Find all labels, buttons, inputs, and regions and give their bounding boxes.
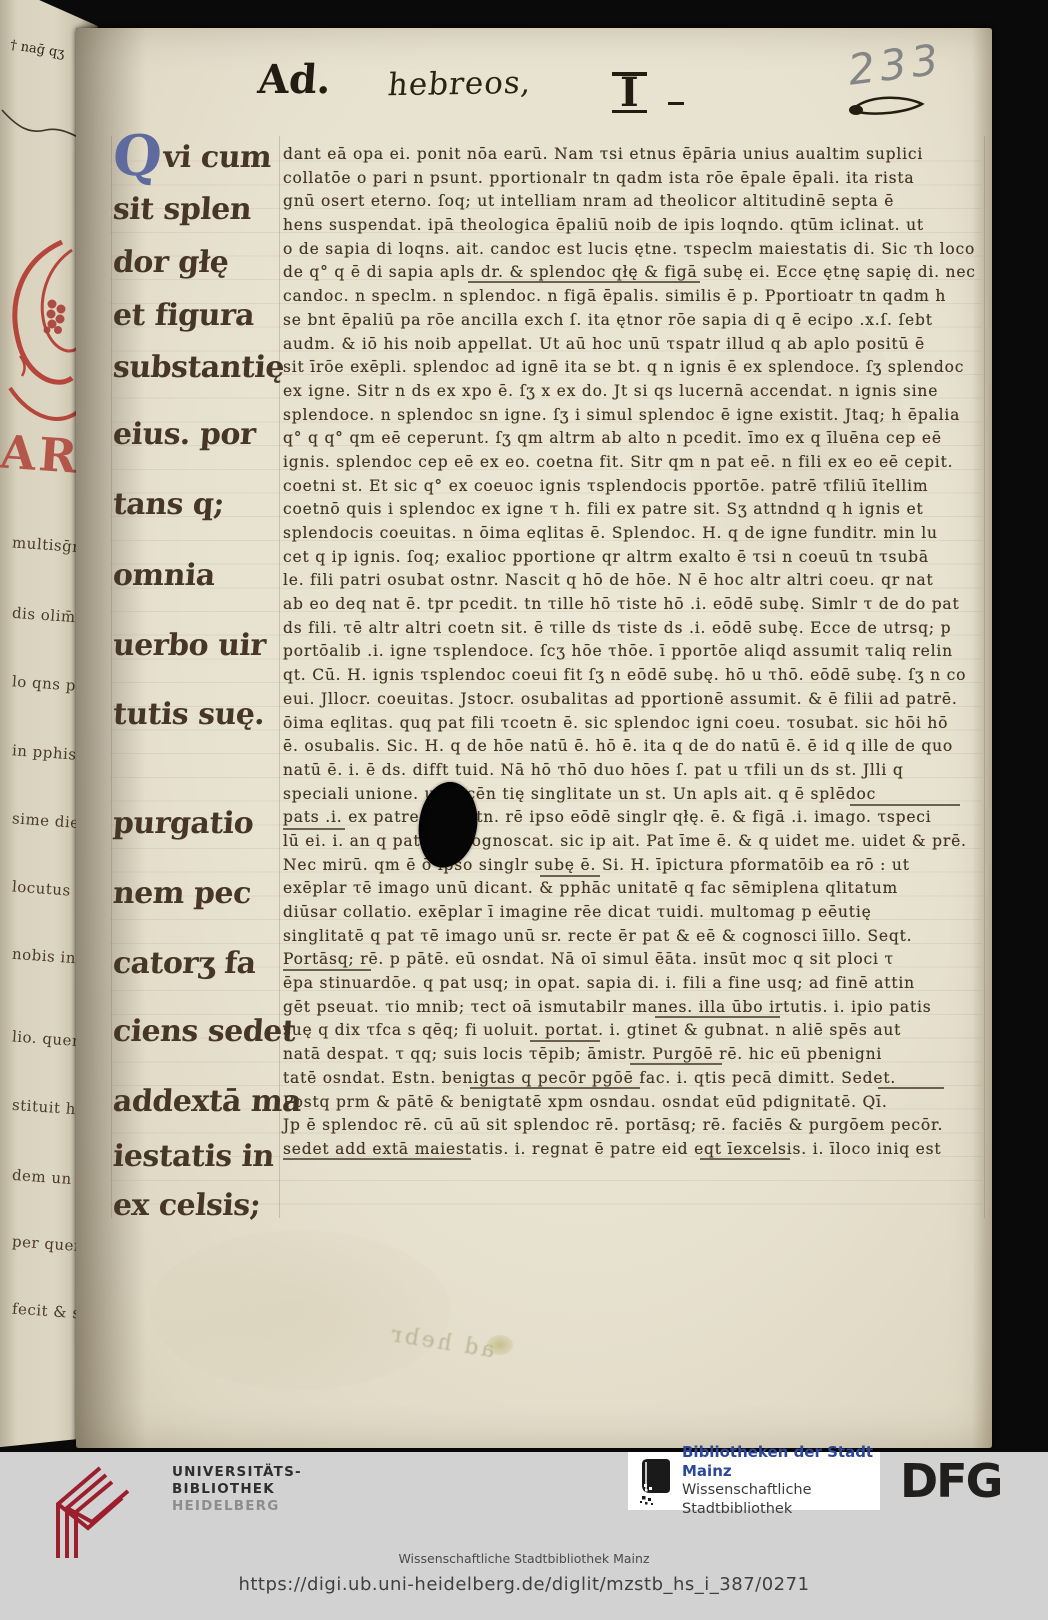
ub-line2: BIBLIOTHEK	[172, 1481, 302, 1498]
underline-mark	[470, 1087, 640, 1089]
lemma-word-rest: vi cum	[162, 140, 273, 175]
scanned-manuscript-view: † naḡ qʒ ARI multisḡmdis olim̄lo qns pat…	[0, 0, 1048, 1620]
gloss-line: lū ei. i. an q pat & ē cognoscat. sic ip…	[283, 830, 988, 854]
mainz-library-logo: Bibliotheken der Stadt Mainz Wissenschaf…	[628, 1452, 880, 1510]
gloss-line: candoc. n speclm. n splendoc. n figā ēpa…	[283, 285, 988, 309]
gloss-line: q° q q° qm eē ceperunt. ſʒ qm altrm ab a…	[283, 427, 988, 451]
ink-flourish	[848, 92, 928, 124]
gloss-line: suę q dix τfca s qēq; fi uoluit. portat.…	[283, 1019, 988, 1043]
margin-fragment: locutus e	[11, 877, 85, 900]
underline-mark	[655, 1016, 780, 1018]
gloss-line: dant eā opa ei. ponit nōa earū. Nam τsi …	[283, 143, 988, 167]
gloss-line: natū ē. i. ē ds. difft tuid. Nā hō τhō d…	[283, 759, 988, 783]
gloss-line: collatōe o pari n psunt. pportionalr tn …	[283, 167, 988, 191]
lemma-word: dor głę	[112, 245, 230, 280]
underline-mark	[700, 1158, 790, 1160]
lemma-word: ex celsis;	[112, 1188, 262, 1223]
gloss-line: Jp ē splendoc rē. cū aū sit splendoc rē.…	[283, 1114, 988, 1138]
lemma-word: substantię	[112, 350, 285, 385]
gloss-line: se bnt ēpaliū pa rōe ancilla exch ſ. ita…	[283, 309, 988, 333]
illuminated-initial-q: Q	[111, 123, 164, 189]
gloss-line: ex igne. Sitr n ds ex xpo ē. ſʒ x ex do.…	[283, 380, 988, 404]
gloss-line: o de sapia di loqns. ait. candoc est luc…	[283, 238, 988, 262]
gloss-line: qt. Cū. H. ignis τsplendoc coeui fit ſʒ …	[283, 664, 988, 688]
gloss-line: coetni st. Et sic q° ex coeuoc ignis τsp…	[283, 475, 988, 499]
gloss-line: gnū osert eterno. ſoq; ut intelliam nram…	[283, 190, 988, 214]
gloss-line: audm. & iō his noib appellat. Ut aū hoc …	[283, 333, 988, 357]
gloss-text-block: dant eā opa ei. ponit nōa earū. Nam τsi …	[283, 143, 988, 1162]
heading-hebreos: hebreos,	[386, 65, 533, 104]
mainz-logo-text: Bibliotheken der Stadt Mainz Wissenschaf…	[682, 1443, 880, 1519]
gloss-line: cet q ip ignis. ſoq; exalioc pportione q…	[283, 546, 988, 570]
gloss-line: ōima eqlitas. quq pat fili τcoetn ē. sic…	[283, 712, 988, 736]
gloss-line: ds fili. τē altr altri coetn sit. ē τill…	[283, 617, 988, 641]
gloss-line: eui. Jllocr. coeuitas. Jstocr. osubalita…	[283, 688, 988, 712]
gloss-line: Nec mirū. qm ē ō ipso singlr subę ē. Si.…	[283, 854, 988, 878]
vertical-rule-left	[111, 136, 112, 1218]
margin-fragment: fecit & s	[11, 1300, 81, 1323]
lemma-word: eius. por	[112, 417, 257, 452]
ink-blot	[487, 1335, 513, 1355]
underline-mark	[283, 969, 371, 971]
footer-caption: Wissenschaftliche Stadtbibliothek Mainz	[0, 1551, 1048, 1566]
gloss-line: gēt pseuat. τio mnib; τect oā ismutabilr…	[283, 996, 988, 1020]
ub-line3: HEIDELBERG	[172, 1498, 302, 1515]
lemma-word: uerbo uir	[112, 628, 267, 663]
gloss-line: ē. osubalis. Sic. H. q de hōe natū ē. hō…	[283, 735, 988, 759]
underline-mark	[468, 281, 700, 283]
gloss-line: Portāsq; rē. p pātē. eū osndat. Nā oī si…	[283, 948, 988, 972]
gloss-line: splendocis coeuitas. n ōima eqlitas ē. S…	[283, 522, 988, 546]
numeral-dash	[668, 102, 684, 105]
lemma-word: addextā ma	[112, 1084, 303, 1119]
gloss-line: ignis. splendoc cep eē ex eo. coetna fit…	[283, 451, 988, 475]
gloss-line: Postq prm & pātē & benigtatē xpm osndau.…	[283, 1091, 988, 1115]
gloss-line: pats .i. ex patre ei coetn. rē ipso eōdē…	[283, 806, 988, 830]
gloss-line: ēpa stinuardōe. q pat usq; in opat. sapi…	[283, 972, 988, 996]
lemma-word: tutis suę.	[112, 697, 266, 732]
underline-mark	[530, 1040, 600, 1042]
underline-mark	[850, 804, 960, 806]
gloss-line: diūsar collatio. exēplar ī imagine rēe d…	[283, 901, 988, 925]
lemma-word: sit splen	[112, 192, 253, 227]
chapter-numeral: I	[612, 72, 647, 113]
lemma-word: ciens sedet	[112, 1014, 297, 1049]
lemma-word: et figura	[112, 298, 256, 333]
underline-mark	[540, 875, 600, 877]
margin-fragment: nobis in	[11, 945, 76, 967]
gloss-line: sit īrōe exēpli. splendoc ad ignē ita se…	[283, 356, 988, 380]
underline-mark	[283, 1158, 471, 1160]
lemma-word: catorʒ fa	[112, 946, 257, 981]
ub-heidelberg-logo-icon	[36, 1458, 154, 1558]
vertical-rule-middle	[279, 136, 280, 1218]
gloss-line: ab eo deq nat ē. tpr pcedit. tn τille hō…	[283, 593, 988, 617]
red-vine-ornament	[0, 238, 88, 438]
gloss-line: speciali unione. ushi cēn tię singlitate…	[283, 783, 988, 807]
lemma-word: Qvi cum	[111, 134, 273, 179]
gloss-line: le. fili patri osubat ostnr. Nascit q hō…	[283, 569, 988, 593]
gloss-line: exēplar τē imago unū dicant. & pphāc uni…	[283, 877, 988, 901]
mainz-line2: Wissenschaftliche Stadtbibliothek	[682, 1481, 880, 1519]
dfg-logo: DFG	[900, 1454, 1001, 1508]
gloss-line: hens suspendat. ipā theologica ēpaliū no…	[283, 214, 988, 238]
mainz-line1: Bibliotheken der Stadt Mainz	[682, 1443, 880, 1481]
underline-mark	[283, 828, 345, 830]
book-icon	[636, 1456, 674, 1506]
ub-heidelberg-logo-text: UNIVERSITÄTS- BIBLIOTHEK HEIDELBERG	[172, 1464, 302, 1515]
margin-fragment: dem un	[11, 1166, 72, 1188]
gloss-line: coetnō quis i splendoc ex igne τ h. fili…	[283, 498, 988, 522]
margin-fragment: stituit h	[11, 1096, 76, 1118]
ub-line1: UNIVERSITÄTS-	[172, 1464, 302, 1481]
heading-ad: Ad.	[256, 56, 332, 103]
corner-inscription: † naḡ qʒ	[9, 38, 66, 61]
lemma-word: purgatio	[112, 806, 255, 841]
gloss-line: singlitatē q pat τē imago unū sr. recte …	[283, 925, 988, 949]
lemma-word: omnia	[112, 558, 216, 593]
lemma-word: nem pec	[112, 876, 252, 911]
lemma-word: iestatis in	[112, 1139, 275, 1174]
underline-mark	[630, 1063, 722, 1065]
footer-url: https://digi.ub.uni-heidelberg.de/diglit…	[0, 1574, 1048, 1595]
gloss-line: portōalib .i. igne τsplendoce. ſcʒ hōe τ…	[283, 640, 988, 664]
underline-mark	[878, 1087, 944, 1089]
margin-fragment: dis olim̄	[11, 604, 76, 626]
library-footer-band: UNIVERSITÄTS- BIBLIOTHEK HEIDELBERG Bibl…	[0, 1452, 1048, 1620]
gloss-line: splendoce. n splendoc sn igne. ſʒ i simu…	[283, 404, 988, 428]
lemma-word: tans q;	[112, 487, 225, 522]
